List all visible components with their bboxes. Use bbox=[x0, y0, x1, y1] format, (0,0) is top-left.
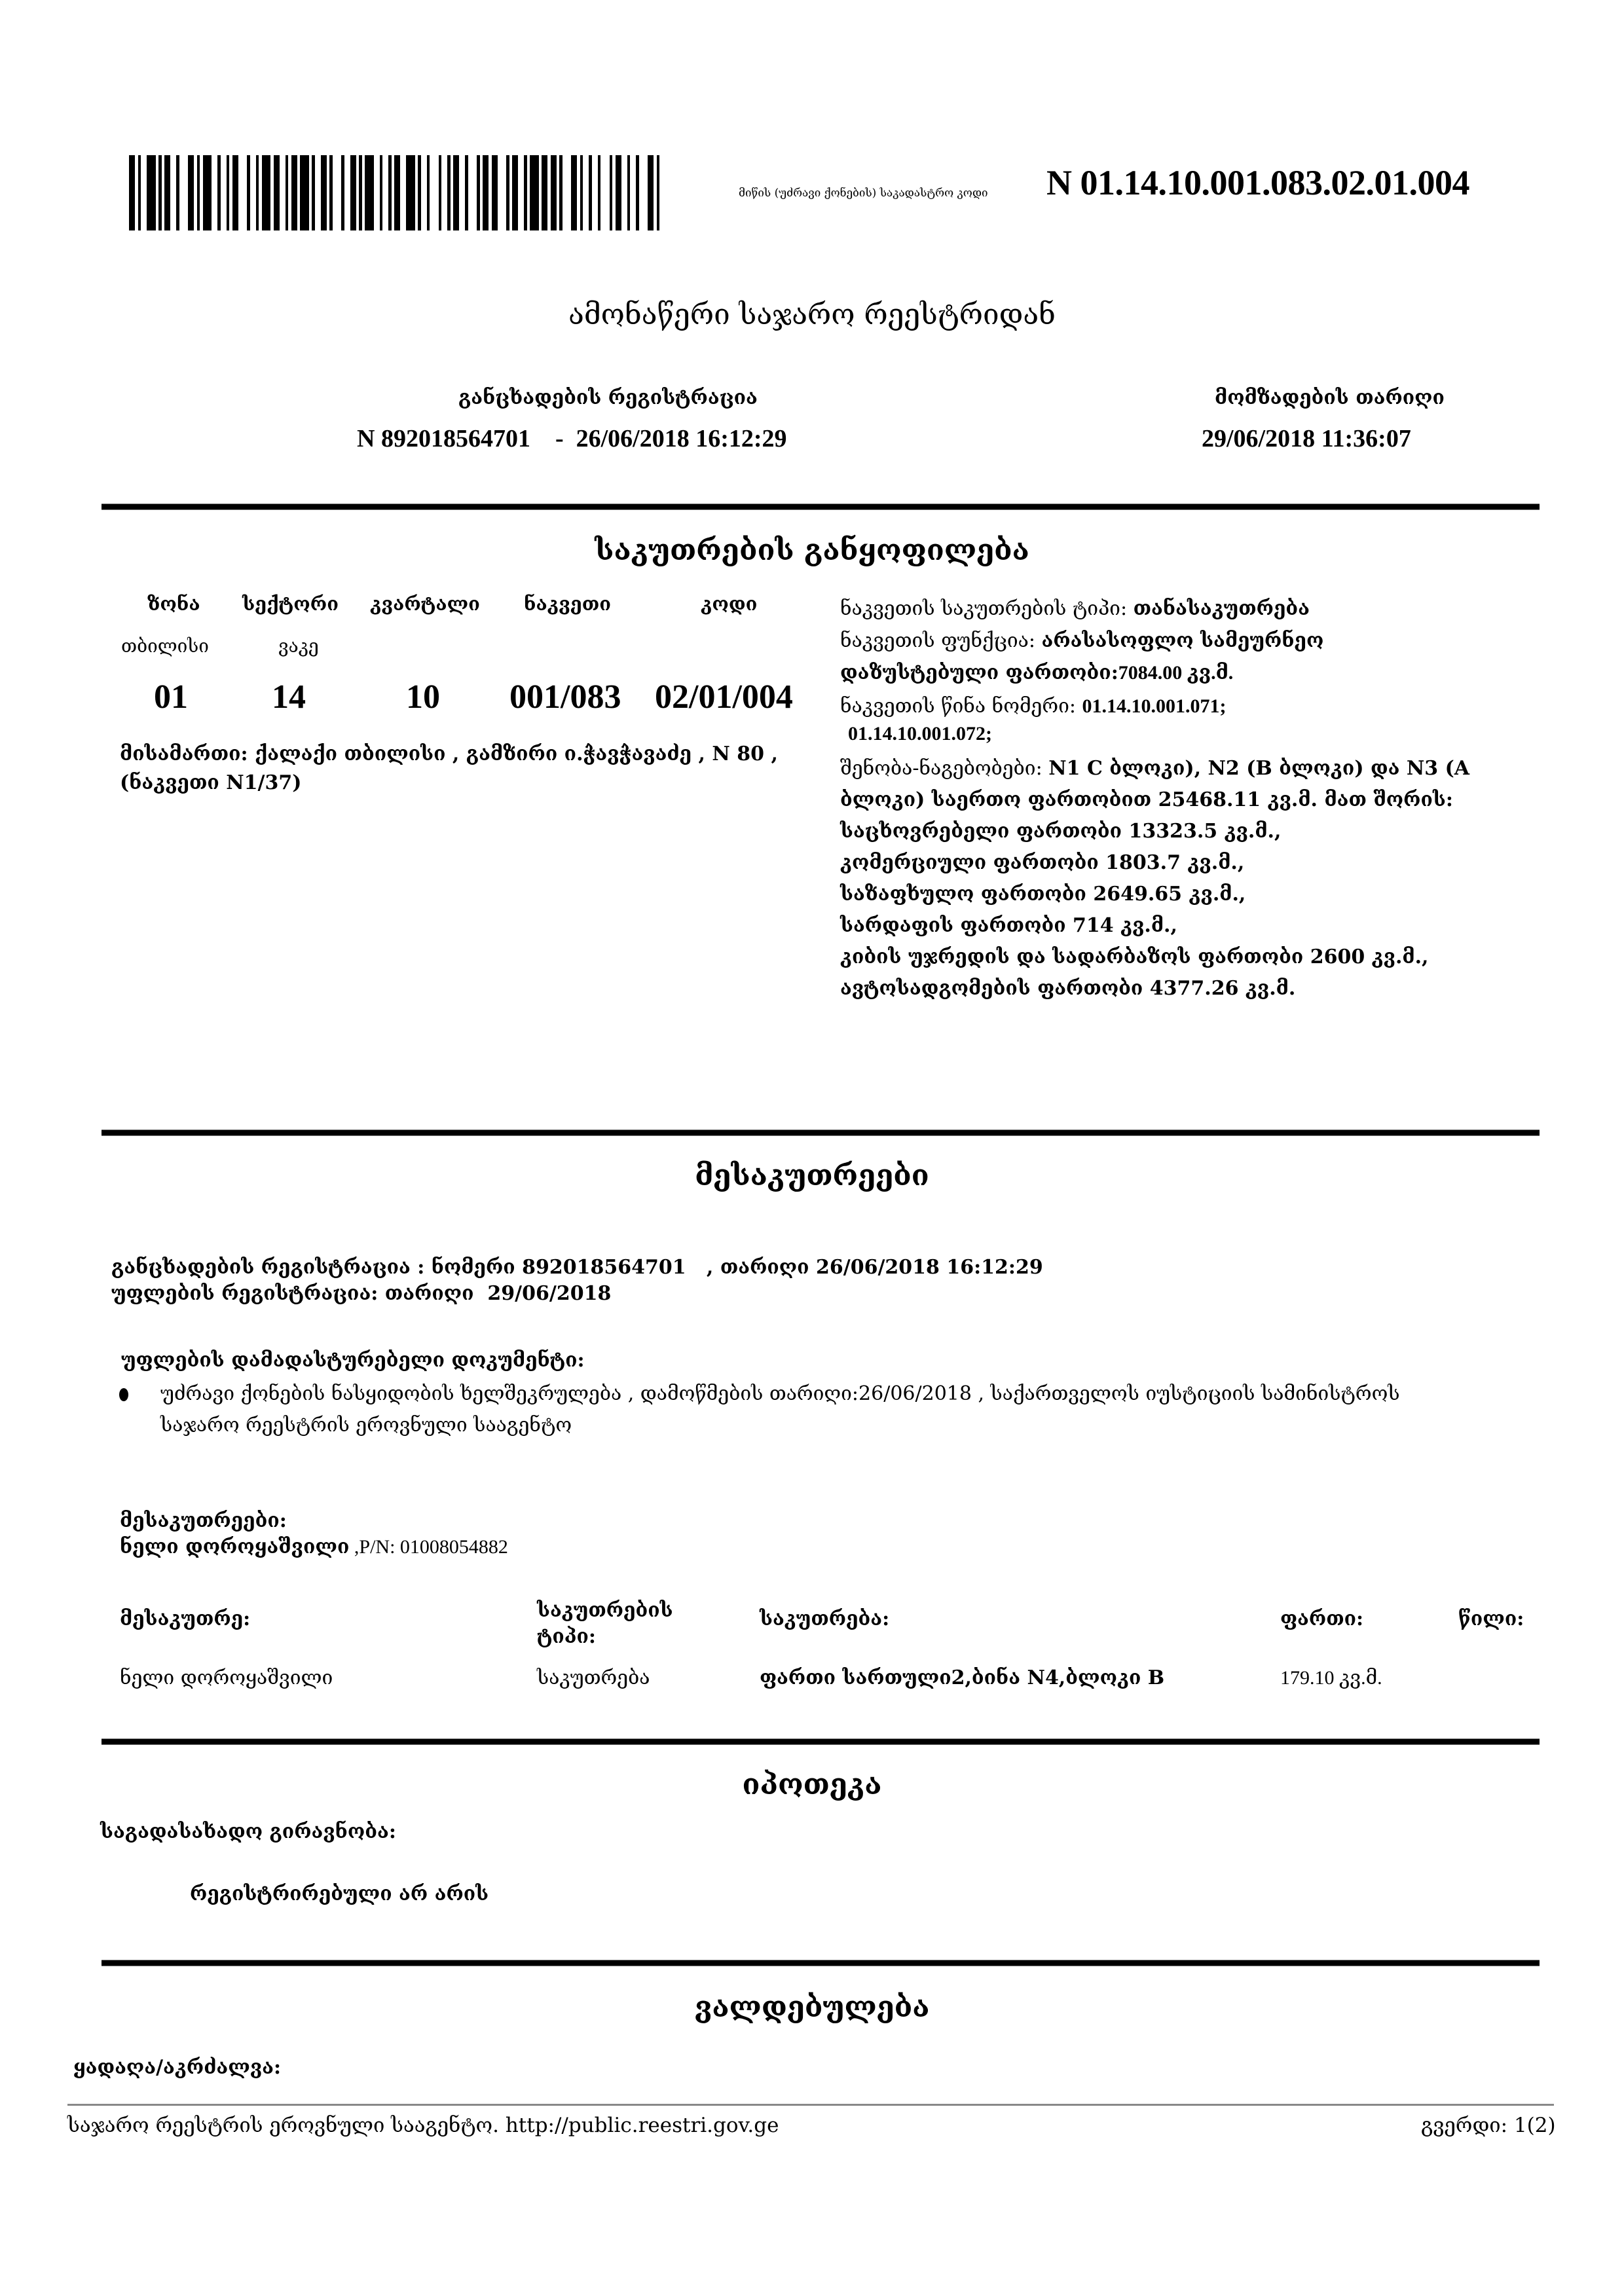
area-label: დაზუსტებული ფართობი: bbox=[840, 661, 1118, 684]
column-code: კოდი bbox=[701, 593, 757, 615]
th-property: საკუთრება: bbox=[760, 1607, 889, 1630]
address: მისამართი: ქალაქი თბილისი , გამზირი ი.ჭა… bbox=[120, 740, 821, 798]
cell-owner: ნელი დოროყაშვილი bbox=[120, 1666, 333, 1689]
tax-lien-label: საგადასახადო გირავნობა: bbox=[100, 1820, 396, 1843]
code-unit: 02/01/004 bbox=[655, 678, 793, 716]
section-divider bbox=[101, 1738, 1540, 1745]
document-title: ამონაწერი საჯარო რეესტრიდან bbox=[0, 298, 1624, 331]
column-zone: ზონა bbox=[147, 593, 200, 615]
section-divider bbox=[101, 1960, 1540, 1966]
cell-ownership-type: საკუთრება bbox=[537, 1666, 650, 1689]
property-division-title: საკუთრების განყოფილება bbox=[0, 534, 1624, 567]
application-registration-value: N 892018564701 - 26/06/2018 16:12:29 bbox=[357, 424, 787, 453]
mortgage-status: რეგისტრირებული არ არის bbox=[190, 1882, 489, 1905]
column-parcel: ნაკვეთი bbox=[524, 593, 611, 615]
footer-divider bbox=[67, 2104, 1554, 2106]
bullet-icon bbox=[119, 1388, 128, 1401]
previous-number-label: ნაკვეთის წინა ნომერი: bbox=[840, 695, 1076, 718]
function-row: ნაკვეთის ფუნქცია: არასასოფლო სამეურნეო bbox=[840, 625, 1560, 657]
owner-line: ნელი დოროყაშვილი ,P/N: 01008054882 bbox=[120, 1535, 508, 1558]
owners-title: მესაკუთრეები bbox=[0, 1159, 1624, 1192]
function-value: არასასოფლო სამეურნეო bbox=[1042, 629, 1324, 652]
column-sector: სექტორი bbox=[242, 593, 339, 615]
owners-application-line: განცხადების რეგისტრაცია : ნომერი 8920185… bbox=[111, 1256, 1043, 1279]
area-breakdown-item: კიბის უჯრედის და სადარბაზოს ფართობი 2600… bbox=[840, 942, 1560, 973]
cell-property: ფართი სართული2,ბინა N4,ბლოკი B bbox=[760, 1666, 1164, 1689]
cadastral-code-label: მიწის (უძრავი ქონების) საკადასტრო კოდი bbox=[739, 187, 988, 200]
area-breakdown-item: სარდაფის ფართობი 714 კვ.მ., bbox=[840, 910, 1560, 942]
th-share: წილი: bbox=[1458, 1607, 1524, 1630]
function-label: ნაკვეთის ფუნქცია: bbox=[840, 629, 1035, 652]
code-zone: 01 bbox=[154, 678, 188, 716]
preparation-date-value: 29/06/2018 11:36:07 bbox=[1202, 424, 1411, 453]
obligation-title: ვალდებულება bbox=[0, 1991, 1624, 2024]
owner-personal-number: ,P/N: 01008054882 bbox=[349, 1536, 508, 1558]
area-breakdown-item: ავტოსადგომების ფართობი 4377.26 კვ.მ. bbox=[840, 973, 1560, 1004]
preparation-date-label: მომზადების თარიღი bbox=[1215, 386, 1445, 409]
ownership-type-label: ნაკვეთის საკუთრების ტიპი: bbox=[840, 597, 1127, 620]
section-divider bbox=[101, 1129, 1540, 1136]
address-label: მისამართი: bbox=[120, 743, 248, 765]
th-owner: მესაკუთრე: bbox=[120, 1607, 250, 1630]
owner-name: ნელი დოროყაშვილი bbox=[120, 1535, 349, 1558]
barcode bbox=[129, 155, 666, 230]
previous-number-2: 01.14.10.001.072; bbox=[840, 720, 1560, 748]
ownership-type-value: თანასაკუთრება bbox=[1134, 597, 1310, 620]
parcel-info: ნაკვეთის საკუთრების ტიპი: თანასაკუთრება … bbox=[840, 593, 1560, 1004]
th-ownership-type: საკუთრების ტიპი: bbox=[537, 1598, 681, 1650]
code-quarter: 10 bbox=[406, 678, 440, 716]
area-breakdown-list: საცხოვრებელი ფართობი 13323.5 კვ.მ., კომე… bbox=[840, 816, 1560, 1004]
footer-agency: საჯარო რეესტრის ეროვნული სააგენტო. http:… bbox=[67, 2114, 779, 2137]
code-parcel: 001/083 bbox=[509, 678, 621, 716]
mortgage-title: იპოთეკა bbox=[0, 1768, 1624, 1801]
rights-document-item: უძრავი ქონების ნასყიდობის ხელშეკრულება ,… bbox=[160, 1378, 1470, 1441]
th-area: ფართი: bbox=[1280, 1607, 1363, 1630]
buildings-row: შენობა-ნაგებობები: N1 C ბლოკი), N2 (B ბლ… bbox=[840, 753, 1495, 816]
zone-name: თბილისი bbox=[121, 635, 209, 657]
previous-number-row: ნაკვეთის წინა ნომერი: 01.14.10.001.071; bbox=[840, 693, 1560, 720]
sector-name: ვაკე bbox=[278, 635, 319, 657]
area-row: დაზუსტებული ფართობი:7084.00 კვ.მ. bbox=[840, 657, 1560, 689]
owners-label: მესაკუთრეები: bbox=[120, 1509, 287, 1532]
previous-number-1: 01.14.10.001.071; bbox=[1082, 695, 1227, 717]
area-breakdown-item: კომერციული ფართობი 1803.7 კვ.მ., bbox=[840, 847, 1560, 879]
column-quarter: კვარტალი bbox=[370, 593, 480, 615]
area-breakdown-item: საცხოვრებელი ფართობი 13323.5 კვ.მ., bbox=[840, 816, 1560, 847]
code-sector: 14 bbox=[272, 678, 306, 716]
page-number: გვერდი: 1(2) bbox=[1421, 2114, 1556, 2137]
area-value: 7084.00 კვ.მ. bbox=[1118, 662, 1234, 684]
area-breakdown-item: საზაფხულო ფართობი 2649.65 კვ.მ., bbox=[840, 879, 1560, 910]
section-divider bbox=[101, 504, 1540, 510]
buildings-label: შენობა-ნაგებობები: bbox=[840, 757, 1043, 780]
rights-registration-line: უფლების რეგისტრაცია: თარიღი 29/06/2018 bbox=[111, 1282, 611, 1305]
seizure-label: ყადაღა/აკრძალვა: bbox=[73, 2056, 281, 2079]
ownership-type-row: ნაკვეთის საკუთრების ტიპი: თანასაკუთრება bbox=[840, 593, 1560, 625]
application-registration-label: განცხადების რეგისტრაცია bbox=[458, 386, 758, 409]
cadastral-code: N 01.14.10.001.083.02.01.004 bbox=[1046, 162, 1469, 203]
cell-area: 179.10 კვ.მ. bbox=[1280, 1666, 1382, 1689]
rights-document-label: უფლების დამადასტურებელი დოკუმენტი: bbox=[121, 1349, 585, 1372]
